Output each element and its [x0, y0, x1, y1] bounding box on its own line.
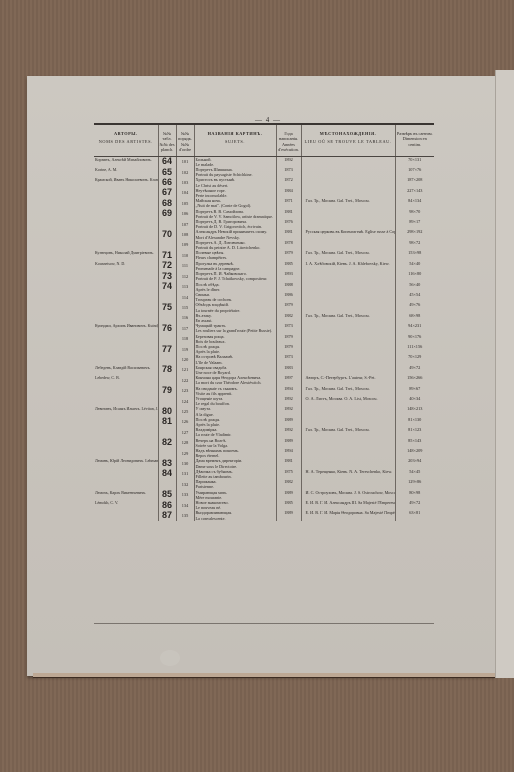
location-cell — [301, 219, 395, 229]
header-plate: №№ табл. №№ des planch. — [158, 125, 176, 156]
title-cell: Въ атаку.En assaut. — [194, 313, 276, 323]
order-number-cell: 110 — [176, 250, 194, 260]
title-cell: Неутѣшное горе.Perte inconsolable. — [194, 188, 276, 198]
author-cell — [94, 188, 158, 198]
title-cell: Свиньи.Troupeau de cochons. — [194, 292, 276, 302]
title-cell: Объѣздъ владѣній.La tournée du propriéta… — [194, 302, 276, 312]
table-row: 120На островѣ Валаамѣ.L'île de Valaam.18… — [94, 354, 434, 364]
plate-number-cell: 83 — [158, 458, 176, 468]
title-cell: Портретъ П. И. Чайковскаго.Portrait de P… — [194, 271, 276, 281]
dimensions-cell: 153×98 — [395, 250, 434, 260]
location-cell — [301, 406, 395, 416]
location-cell — [301, 448, 395, 458]
dimensions-cell: 70×131 — [395, 156, 434, 167]
table-row: 73112Портретъ П. И. Чайковскаго.Portrait… — [94, 271, 434, 281]
table-row: Лебедевъ, Клавдій Васильевичъ.78121Боярс… — [94, 365, 434, 375]
year-cell: 1883 — [276, 365, 301, 375]
title-ru: Александръ Невскій принимаетъ схиму. — [196, 229, 275, 234]
year-cell: 1889 — [276, 438, 301, 448]
dimensions-cell: 49×76 — [395, 302, 434, 312]
location-cell: Русская церковь въ Копенгагенѣ. Eglise r… — [301, 229, 395, 239]
title-cell: Выздоравливающая.La convalescente. — [194, 510, 276, 520]
year-cell: 1882 — [276, 479, 301, 489]
table-row: Леманъ, Юрій Леонидовичъ. Lehmann, J. J.… — [94, 458, 434, 468]
author-cell: Левитанъ, Исаакъ Ильичъ. Lévitan, J. J. — [94, 406, 158, 416]
order-number-cell: 108 — [176, 229, 194, 239]
order-number-cell: 102 — [176, 167, 194, 177]
table-bottom-rule — [94, 623, 434, 624]
author-cell — [94, 229, 158, 239]
location-cell — [301, 417, 395, 427]
title-cell: Дама временъ директоріи.Dame sous le Dir… — [194, 458, 276, 468]
location-cell — [301, 344, 395, 354]
plate-number-cell: 85 — [158, 490, 176, 500]
year-cell: 1897 — [276, 375, 301, 385]
plate-number-cell — [158, 334, 176, 344]
author-cell — [94, 386, 158, 396]
order-number-cell: 128 — [176, 438, 194, 448]
year-cell: 1881 — [276, 458, 301, 468]
table-row: 109Портретъ А. Д. Литовченко.Portrait du… — [94, 240, 434, 250]
title-cell: Послѣ дождя.Après la pluie. — [194, 344, 276, 354]
title-cell: Парижанка.Parisienne. — [194, 479, 276, 489]
year-cell: 1893 — [276, 271, 301, 281]
year-cell: 1876 — [276, 219, 301, 229]
dimensions-cell: 116×80 — [395, 271, 434, 281]
location-cell: Гал. Тр., Москва. Gal. Tret., Moscou. — [301, 386, 395, 396]
location-cell: Гал. Тр., Москва. Gal. Tret., Moscou. — [301, 198, 395, 208]
title-cell: Чумацкій трактъ.Les rouliers sur la gran… — [194, 323, 276, 333]
location-cell: І. А. Хлѣбовскій, Кіевъ. J. A. Khlebovsk… — [301, 261, 395, 271]
plate-number-cell — [158, 375, 176, 385]
table-row: Lebedew, C. B.122Кончина царя Θеодора Ал… — [94, 375, 434, 385]
table-row: 87135Выздоравливающая.La convalescente.1… — [94, 510, 434, 520]
plate-number-cell — [158, 448, 176, 458]
plate-number-cell: 70 — [158, 229, 176, 239]
header-location: МѢСТОНАХОЖДЕНІЯ. LIEU OÙ SE TROUVE LE TA… — [301, 125, 395, 156]
year-cell: 1873 — [276, 354, 301, 364]
dimensions-cell: 81×123 — [395, 427, 434, 437]
location-cell — [301, 167, 395, 177]
location-cell — [301, 438, 395, 448]
order-number-cell: 112 — [176, 271, 194, 281]
table-row: Kousnetsow, N. D.72111Прогулка въ деревн… — [94, 261, 434, 271]
table-row: 75115Объѣздъ владѣній.La tournée du prop… — [94, 302, 434, 312]
table-row: Лемохъ, Карлъ Викентьевичъ.85133Умирающа… — [94, 490, 434, 500]
location-cell: Гал. Тр., Москва. Gal. Tret., Moscou. — [301, 250, 395, 260]
title-cell: Полевые цвѣты.Fleurs champêtres. — [194, 250, 276, 260]
table-row: 69106Портретъ В. В. Самойлова.Portrait d… — [94, 209, 434, 219]
table-row: 67104Неутѣшное горе.Perte inconsolable.1… — [94, 188, 434, 198]
year-cell: 1892 — [276, 427, 301, 437]
author-cell: Lémokh, C. V. — [94, 500, 158, 510]
plate-number-cell: 66 — [158, 177, 176, 187]
year-cell: 1892 — [276, 156, 301, 167]
dimensions-cell: 40×34 — [395, 396, 434, 406]
location-cell — [301, 292, 395, 302]
table-row: 107Портретъ Д. В. Григоровича.Portrait d… — [94, 219, 434, 229]
header-order: №№ порядк. №№ d'ordre — [176, 125, 194, 156]
author-cell: Лемохъ, Карлъ Викентьевичъ. — [94, 490, 158, 500]
location-cell — [301, 458, 395, 468]
year-cell: 1871 — [276, 198, 301, 208]
title-cell: Портретъ В. В. Самойлова.Portrait de V. … — [194, 209, 276, 219]
author-cell — [94, 479, 158, 489]
author-cell — [94, 510, 158, 520]
location-cell: Авторъ, С.-Петербургъ. L'auteur, S.-Pet. — [301, 375, 395, 385]
catalogue-table: АВТОРЫ. NOMS DES ARTISTES. №№ табл. №№ d… — [94, 125, 434, 521]
author-cell — [94, 334, 158, 344]
dimensions-cell: 80×98 — [395, 490, 434, 500]
title-cell: Александръ Невскій принимаетъ схиму.Mort… — [194, 229, 276, 239]
year-cell: 1879 — [276, 344, 301, 354]
dimensions-cell: 156×266 — [395, 375, 434, 385]
table-row: Корзинъ, Алексѣй Михайловичъ.64101Больно… — [94, 156, 434, 167]
author-cell: Kousnetsow, N. D. — [94, 261, 158, 271]
table-row: 82128Вечеръ на Волгѣ.Soirée sur la Volga… — [94, 438, 434, 448]
year-cell: 1892 — [276, 396, 301, 406]
plate-number-cell: 65 — [158, 167, 176, 177]
title-fr: La convalescente. — [196, 516, 275, 521]
dimensions-cell: 298×192 — [395, 229, 434, 239]
order-number-cell: 132 — [176, 479, 194, 489]
dimensions-cell: 81×130 — [395, 417, 434, 427]
year-cell: 1888 — [276, 282, 301, 292]
author-cell — [94, 354, 158, 364]
order-number-cell: 116 — [176, 313, 194, 323]
order-number-cell: 115 — [176, 302, 194, 312]
dimensions-cell: 85×143 — [395, 438, 434, 448]
order-number-cell: 121 — [176, 365, 194, 375]
order-number-cell: 130 — [176, 458, 194, 468]
title-cell: Владимірка.La route de Vladimir. — [194, 427, 276, 437]
table-row: Korine, A. M.65102Портретъ Шишкина.Portr… — [94, 167, 434, 177]
author-cell — [94, 417, 158, 427]
dimensions-cell: 49×72 — [395, 365, 434, 375]
year-cell: 1894 — [276, 448, 301, 458]
title-cell: Кончина царя Θеодора Алексѣевича.La mort… — [194, 375, 276, 385]
year-cell: 1878 — [276, 240, 301, 250]
plate-number-cell: 71 — [158, 250, 176, 260]
year-cell: 1894 — [276, 386, 301, 396]
title-cell: Березовая роща.Bois de bouleaux. — [194, 334, 276, 344]
title-cell: Портретъ Шишкина.Portrait du paysagiste … — [194, 167, 276, 177]
author-cell — [94, 219, 158, 229]
dimensions-cell: 187×208 — [395, 177, 434, 187]
plate-number-cell — [158, 427, 176, 437]
plate-number-cell: 72 — [158, 261, 176, 271]
dimensions-cell: 90×176 — [395, 334, 434, 344]
plate-number-cell: 78 — [158, 365, 176, 375]
order-number-cell: 103 — [176, 177, 194, 187]
year-cell: 1885 — [276, 261, 301, 271]
title-fr: Les rouliers sur la grand'route (Petite … — [196, 328, 275, 333]
author-cell — [94, 302, 158, 312]
plate-number-cell: 76 — [158, 323, 176, 333]
next-page-edge — [495, 70, 514, 678]
table-row: 124Угощеніе шута.Le regal du bouffon.189… — [94, 396, 434, 406]
order-number-cell: 101 — [176, 156, 194, 167]
author-cell — [94, 282, 158, 292]
table-row: 79123На свиданіе съ сыномъ.Visite au fil… — [94, 386, 434, 396]
dimensions-cell: 49×72 — [395, 500, 434, 510]
order-number-cell: 134 — [176, 500, 194, 510]
table-row: Куинджи, Архипъ Ивановичъ. Kuindji, A. J… — [94, 323, 434, 333]
table-row: Крамской, Иванъ Николаевичъ. Kramskoï, J… — [94, 177, 434, 187]
title-cell: Дѣвочка съ бубномъ.Fillette au tambourin… — [194, 469, 276, 479]
year-cell: 1886 — [276, 292, 301, 302]
year-cell: 1884 — [276, 188, 301, 198]
plate-number-cell — [158, 292, 176, 302]
order-number-cell: 123 — [176, 386, 194, 396]
location-cell: Е. И. В. Г. И. Марія Θеодоровна. Sa Maje… — [301, 510, 395, 520]
title-fr: Portrait de P. J. Tchaïkowsky, composite… — [196, 276, 275, 281]
table-row: Левитанъ, Исаакъ Ильичъ. Lévitan, J. J.8… — [94, 406, 434, 416]
author-cell — [94, 240, 158, 250]
location-cell — [301, 209, 395, 219]
order-number-cell: 124 — [176, 396, 194, 406]
plate-number-cell: 64 — [158, 156, 176, 167]
plate-number-cell: 87 — [158, 510, 176, 520]
order-number-cell: 107 — [176, 219, 194, 229]
location-cell — [301, 271, 395, 281]
location-cell: Гал. Тр., Москва. Gal. Tret., Moscou. — [301, 427, 395, 437]
plate-number-cell: 74 — [158, 282, 176, 292]
author-cell — [94, 292, 158, 302]
order-number-cell: 127 — [176, 427, 194, 437]
order-number-cell: 117 — [176, 323, 194, 333]
header-dimensions: Размѣръ въ сантим. Dimension en centim. — [395, 125, 434, 156]
author-cell — [94, 313, 158, 323]
header-year: Года написанія. Années d'exécution. — [276, 125, 301, 156]
author-cell — [94, 448, 158, 458]
plate-number-cell: 67 — [158, 188, 176, 198]
year-cell: 1881 — [276, 209, 301, 219]
title-cell: Портретъ Д. В. Григоровича.Portrait de D… — [194, 219, 276, 229]
location-cell — [301, 334, 395, 344]
table-row: 116Въ атаку.En assaut.1882Гал. Тр., Моск… — [94, 313, 434, 323]
table-row: 84131Дѣвочка съ бубномъ.Fillette au tamb… — [94, 469, 434, 479]
title-cell: Больной.Le malade. — [194, 156, 276, 167]
title-cell: Умирающая мать.Mère mourante. — [194, 490, 276, 500]
header-authors: АВТОРЫ. NOMS DES ARTISTES. — [94, 125, 158, 156]
year-cell: 1885 — [276, 500, 301, 510]
location-cell — [301, 323, 395, 333]
location-cell: Гал. Тр., Москва. Gal. Tret., Moscou. — [301, 313, 395, 323]
title-cell: Портретъ А. Д. Литовченко.Portrait du pe… — [194, 240, 276, 250]
order-number-cell: 135 — [176, 510, 194, 520]
author-cell: Крамской, Иванъ Николаевичъ. Kramskoï, J… — [94, 177, 158, 187]
plate-number-cell: 86 — [158, 500, 176, 510]
year-cell: 1873 — [276, 167, 301, 177]
order-number-cell: 126 — [176, 417, 194, 427]
year-cell: 1879 — [276, 334, 301, 344]
year-cell: 1879 — [276, 250, 301, 260]
order-number-cell: 114 — [176, 292, 194, 302]
dimensions-cell: 107×76 — [395, 167, 434, 177]
table-body: Корзинъ, Алексѣй Михайловичъ.64101Больно… — [94, 156, 434, 521]
plate-number-cell — [158, 313, 176, 323]
dimensions-cell: 94×231 — [395, 323, 434, 333]
title-cell: Послѣ обѣда.Après le dîner. — [194, 282, 276, 292]
dimensions-cell: 89×17 — [395, 219, 434, 229]
author-cell — [94, 198, 158, 208]
table-row: 118Березовая роща.Bois de bouleaux.18799… — [94, 334, 434, 344]
dimensions-cell: 63×81 — [395, 510, 434, 520]
author-cell: Куинджи, Архипъ Ивановичъ. Kuindji, A. J… — [94, 323, 158, 333]
table-row: Lémokh, C. V.86134Новое знакомство.Le no… — [94, 500, 434, 510]
plate-number-cell: 69 — [158, 209, 176, 219]
location-cell: Н. А. Терещенко, Кіевъ. N. A. Tereschenk… — [301, 469, 395, 479]
title-cell: Угощеніе шута.Le regal du bouffon. — [194, 396, 276, 406]
table-row: Кузнецовъ, Николай Дмитріевичъ.71110Поле… — [94, 250, 434, 260]
table-row: 81126Послѣ дождя.Après la pluie.188981×1… — [94, 417, 434, 427]
location-cell — [301, 302, 395, 312]
dimensions-cell: 84×134 — [395, 198, 434, 208]
plate-number-cell: 84 — [158, 469, 176, 479]
author-cell — [94, 469, 158, 479]
location-cell: Е. И. В. Г. И. Александръ III. Sa Majest… — [301, 500, 395, 510]
dimensions-cell: 98×70 — [395, 209, 434, 219]
title-cell: Майская ночь.„Nuit de mai". (Conte de Go… — [194, 198, 276, 208]
title-cell: Боярская свадьба.Une noce de Boyard. — [194, 365, 276, 375]
plate-number-cell: 80 — [158, 406, 176, 416]
order-number-cell: 118 — [176, 334, 194, 344]
year-cell: 1892 — [276, 406, 301, 416]
year-cell: 1875 — [276, 469, 301, 479]
location-cell — [301, 177, 395, 187]
order-number-cell: 120 — [176, 354, 194, 364]
title-cell: Новое знакомство.Le nouveau né. — [194, 500, 276, 510]
author-cell: Леманъ, Юрій Леонидовичъ. Lehmann, J. J. — [94, 458, 158, 468]
dimensions-cell: 111×156 — [395, 344, 434, 354]
year-cell: 1879 — [276, 302, 301, 312]
year-cell: 1889 — [276, 490, 301, 500]
author-cell — [94, 396, 158, 406]
title-cell: Вечеръ на Волгѣ.Soirée sur la Volga. — [194, 438, 276, 448]
order-number-cell: 106 — [176, 209, 194, 219]
dimensions-cell: 70×129 — [395, 354, 434, 364]
plate-number-cell — [158, 354, 176, 364]
order-number-cell: 104 — [176, 188, 194, 198]
dimensions-cell: 98×72 — [395, 240, 434, 250]
table-row: 70108Александръ Невскій принимаетъ схиму… — [94, 229, 434, 239]
location-cell: О. А. Листъ, Москва. O. A. List, Moscou. — [301, 396, 395, 406]
order-number-cell: 105 — [176, 198, 194, 208]
dimensions-cell: 227×143 — [395, 188, 434, 198]
location-cell — [301, 282, 395, 292]
plate-number-cell — [158, 396, 176, 406]
plate-number-cell: 77 — [158, 344, 176, 354]
author-cell — [94, 438, 158, 448]
plate-number-cell: 75 — [158, 302, 176, 312]
title-cell: Прогулка въ деревнѣ.Promenade à la campa… — [194, 261, 276, 271]
table-row: 127Владимірка.La route de Vladimir.1892Г… — [94, 427, 434, 437]
dimensions-cell: 148×213 — [395, 406, 434, 416]
plate-number-cell: 81 — [158, 417, 176, 427]
author-cell: Корзинъ, Алексѣй Михайловичъ. — [94, 156, 158, 167]
author-cell — [94, 427, 158, 437]
order-number-cell: 131 — [176, 469, 194, 479]
author-cell — [94, 209, 158, 219]
table-row: 68105Майская ночь.„Nuit de mai". (Conte … — [94, 198, 434, 208]
dimensions-cell: 148×209 — [395, 448, 434, 458]
dimensions-cell: 54×45 — [395, 469, 434, 479]
order-number-cell: 109 — [176, 240, 194, 250]
year-cell: 1873 — [276, 323, 301, 333]
plate-number-cell: 82 — [158, 438, 176, 448]
order-number-cell: 133 — [176, 490, 194, 500]
table-row: 77119Послѣ дождя.Après la pluie.1879111×… — [94, 344, 434, 354]
author-cell: Lebedew, C. B. — [94, 375, 158, 385]
year-cell: 1889 — [276, 417, 301, 427]
author-cell — [94, 271, 158, 281]
author-cell — [94, 344, 158, 354]
dimensions-cell: 56×40 — [395, 282, 434, 292]
header-title: НАЗВАНІЯ КАРТИНЪ. SUJETS. — [194, 125, 276, 156]
plate-number-cell — [158, 240, 176, 250]
location-cell — [301, 240, 395, 250]
paper-stain — [160, 650, 180, 666]
author-cell: Korine, A. M. — [94, 167, 158, 177]
location-cell — [301, 479, 395, 489]
author-cell: Кузнецовъ, Николай Дмитріевичъ. — [94, 250, 158, 260]
location-cell — [301, 365, 395, 375]
location-cell — [301, 156, 395, 167]
table-row: 114Свиньи.Troupeau de cochons.188645×54 — [94, 292, 434, 302]
order-number-cell: 113 — [176, 282, 194, 292]
location-cell — [301, 188, 395, 198]
plate-number-cell — [158, 219, 176, 229]
order-number-cell: 111 — [176, 261, 194, 271]
year-cell: 1872 — [276, 177, 301, 187]
dimensions-cell: 45×54 — [395, 292, 434, 302]
table-row: 129Надъ вѣчнымъ покоемъ.Repos éternel.18… — [94, 448, 434, 458]
order-number-cell: 129 — [176, 448, 194, 458]
dimensions-cell: 68×98 — [395, 313, 434, 323]
order-number-cell: 125 — [176, 406, 194, 416]
title-cell: У омута.A la digue. — [194, 406, 276, 416]
dimensions-cell: 129×86 — [395, 479, 434, 489]
table-header-row: АВТОРЫ. NOMS DES ARTISTES. №№ табл. №№ d… — [94, 125, 434, 156]
title-cell: Христосъ въ пустынѣ.Le Christ au désert. — [194, 177, 276, 187]
title-cell: Надъ вѣчнымъ покоемъ.Repos éternel. — [194, 448, 276, 458]
plate-number-cell: 79 — [158, 386, 176, 396]
table-row: 74113Послѣ обѣда.Après le dîner.188856×4… — [94, 282, 434, 292]
title-cell: На островѣ Валаамѣ.L'île de Valaam. — [194, 354, 276, 364]
dimensions-cell: 89×67 — [395, 386, 434, 396]
location-cell: И. С. Остроуховъ, Москва. J. S. Ostrouch… — [301, 490, 395, 500]
order-number-cell: 119 — [176, 344, 194, 354]
year-cell: 1882 — [276, 313, 301, 323]
dimensions-cell: 203×94 — [395, 458, 434, 468]
year-cell: 1889 — [276, 510, 301, 520]
dimensions-cell: 54×40 — [395, 261, 434, 271]
plate-number-cell — [158, 479, 176, 489]
author-cell: Лебедевъ, Клавдій Васильевичъ. — [94, 365, 158, 375]
plate-number-cell: 68 — [158, 198, 176, 208]
order-number-cell: 122 — [176, 375, 194, 385]
location-cell — [301, 354, 395, 364]
page-bottom-edge — [33, 673, 495, 678]
year-cell: 1881 — [276, 229, 301, 239]
plate-number-cell: 73 — [158, 271, 176, 281]
title-cell: Послѣ дождя.Après la pluie. — [194, 417, 276, 427]
title-cell: На свиданіе съ сыномъ.Visite au fils app… — [194, 386, 276, 396]
table-row: 132Парижанка.Parisienne.1882129×86 — [94, 479, 434, 489]
